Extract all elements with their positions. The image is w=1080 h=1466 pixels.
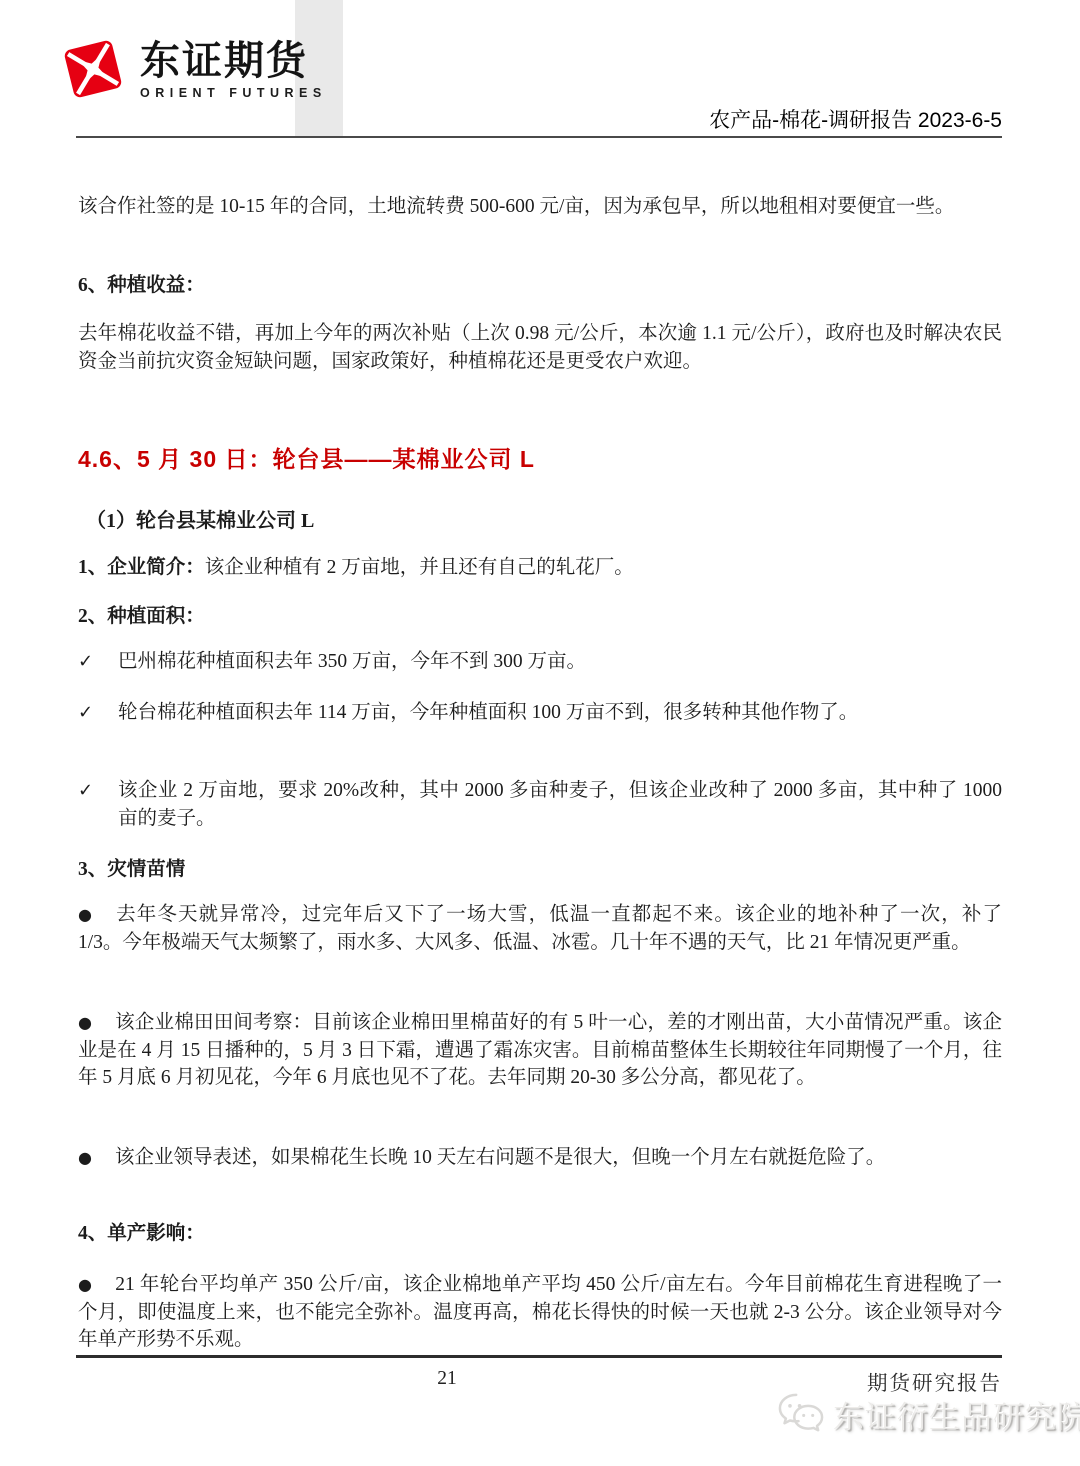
list-item: ●该企业领导表述，如果棉花生长晚 10 天左右问题不是很大，但晚一个月左右就挺危… xyxy=(78,1144,1002,1172)
header-divider xyxy=(76,136,1002,138)
area-point-1: 巴州棉花种植面积去年 350 万亩，今年不到 300 万亩。 xyxy=(118,651,586,672)
list-item: ●去年冬天就异常冷，过完年后又下了一场大雪，低温一直都起不来。该企业的地补种了一… xyxy=(78,901,1002,956)
bullet-icon: ● xyxy=(78,1013,115,1032)
orient-futures-logo-icon xyxy=(60,32,126,106)
check-icon: ✓ xyxy=(78,648,93,676)
bullet-icon: ● xyxy=(78,1148,115,1167)
list-item: ✓ 轮台棉花种植面积去年 114 万亩，今年种植面积 100 万亩不到，很多转种… xyxy=(118,699,1002,727)
company-intro-text: 该企业种植有 2 万亩地，并且还有自己的轧花厂。 xyxy=(205,557,634,578)
list-item: ●21 年轮台平均单产 350 公斤/亩，该企业棉地单产平均 450 公斤/亩左… xyxy=(78,1271,1002,1354)
footer-divider xyxy=(76,1355,1002,1358)
paragraph-company-intro: 1、企业简介：该企业种植有 2 万亩地，并且还有自己的轧花厂。 xyxy=(78,554,1002,582)
list-item: ✓ 该企业 2 万亩地，要求 20%改种，其中 2000 多亩种麦子，但该企业改… xyxy=(118,777,1002,832)
heading-planting-income: 6、种植收益： xyxy=(78,272,1002,300)
report-header-info: 农产品-棉花-调研报告 2023-6-5 xyxy=(709,104,1002,134)
bullet-icon: ● xyxy=(78,905,116,924)
bullet-icon: ● xyxy=(78,1275,115,1294)
watermark-text: 东证衍生品研究院 xyxy=(833,1392,1080,1437)
yield-point-1: 21 年轮台平均单产 350 公斤/亩，该企业棉地单产平均 450 公斤/亩左右… xyxy=(78,1274,1002,1350)
page-number: 21 xyxy=(427,1368,467,1390)
report-page: 东证期货 ORIENT FUTURES 农产品-棉花-调研报告 2023-6-5… xyxy=(0,0,1080,1466)
list-item: ●该企业棉田田间考察：目前该企业棉田里棉苗好的有 5 叶一心，差的才刚出苗，大小… xyxy=(78,1009,1002,1092)
check-icon: ✓ xyxy=(78,777,93,805)
list-item: ✓ 巴州棉花种植面积去年 350 万亩，今年不到 300 万亩。 xyxy=(118,648,1002,676)
paragraph-income: 去年棉花收益不错，再加上今年的两次补贴（上次 0.98 元/公斤，本次逾 1.1… xyxy=(78,320,1002,375)
heading-disaster-seedling: 3、灾情苗情 xyxy=(78,856,1002,884)
company-intro-label: 1、企业简介： xyxy=(78,557,205,578)
logo-text: 东证期货 ORIENT FUTURES xyxy=(140,39,327,100)
heading-yield-impact: 4、单产影响： xyxy=(78,1220,1002,1248)
wechat-watermark: 东证衍生品研究院 xyxy=(776,1391,1080,1437)
orient-futures-logo: 东证期货 ORIENT FUTURES xyxy=(60,32,327,106)
disaster-point-1: 去年冬天就异常冷，过完年后又下了一场大雪，低温一直都起不来。该企业的地补种了一次… xyxy=(78,904,1002,953)
disaster-point-3: 该企业领导表述，如果棉花生长晚 10 天左右问题不是很大，但晚一个月左右就挺危险… xyxy=(115,1147,885,1168)
area-point-2: 轮台棉花种植面积去年 114 万亩，今年种植面积 100 万亩不到，很多转种其他… xyxy=(118,702,858,723)
area-point-3: 该企业 2 万亩地，要求 20%改种，其中 2000 多亩种麦子，但该企业改种了… xyxy=(118,780,1002,829)
logo-name-en: ORIENT FUTURES xyxy=(140,86,327,100)
paragraph-land-contract: 该合作社签的是 10-15 年的合同，土地流转费 500-600 元/亩，因为承… xyxy=(78,193,1002,221)
check-icon: ✓ xyxy=(78,699,93,727)
wechat-icon xyxy=(776,1391,826,1437)
sub-heading-company-l: （1）轮台县某棉业公司 L xyxy=(86,504,1002,533)
section-heading-4-6: 4.6、5 月 30 日：轮台县——某棉业公司 L xyxy=(78,441,1002,474)
heading-planting-area: 2、种植面积： xyxy=(78,603,1002,631)
disaster-point-2: 该企业棉田田间考察：目前该企业棉田里棉苗好的有 5 叶一心，差的才刚出苗，大小苗… xyxy=(78,1012,1002,1088)
logo-name-cn: 东证期货 xyxy=(140,39,327,83)
